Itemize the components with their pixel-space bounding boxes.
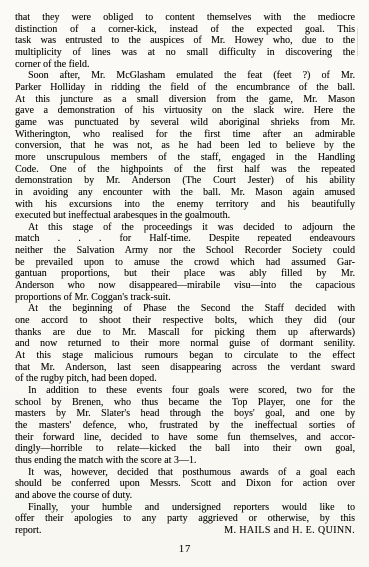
text-line: corner of the field. [15,59,355,71]
text-line: school by Brenen, who thus became the To… [15,397,355,409]
text-line: in avoiding any encounter with the ball.… [15,187,355,199]
text-line: the masters' defence, who, frustrated by… [15,420,355,432]
text-line: conversion, that he was not, as he had b… [15,140,355,152]
text-line: executed but ineffectual arabesques in t… [15,210,355,222]
text-line: thanks are due to Mr. Mascall for pickin… [15,327,355,339]
text-line: match . . . for Half-time. Despite repea… [15,233,355,245]
closing-line: report. M. HAILS and H. E. QUINN. [15,525,355,537]
text-line: At the beginning of Phase the Second the… [15,303,355,315]
text-line: Soon after, Mr. McGlasham emulated the f… [15,70,355,82]
text-line: neither the Salvation Army nor the Schoo… [15,245,355,257]
text-line: task was entrusted to the auspices of Mr… [15,35,355,47]
text-line: gave a demonstration of his virtuosity o… [15,105,355,117]
text-line: thus ending the match with the score at … [15,455,355,467]
text-line: In addition to these events four goals w… [15,385,355,397]
text-line: gantuan proportions, but their place was… [15,268,355,280]
closing-word: report. [15,525,41,537]
text-line: their forward line, decided to have some… [15,432,355,444]
text-line: Finally, your humble and undersigned rep… [15,502,355,514]
text-line: Code. One of the highpoints of the first… [15,164,355,176]
text-line: one accord to shoot their respective bol… [15,315,355,327]
text-line: demonstration by Mr. Anderson (The Court… [15,175,355,187]
document-page: that they were obliged to content themse… [0,0,369,567]
page-number: 17 [15,544,355,555]
paragraph: At this stage of the proceedings it was … [15,222,355,304]
text-line: It was, however, decided that posthumous… [15,467,355,479]
text-line: Parker Holliday in ridding the field of … [15,82,355,94]
paragraph: Finally, your humble and undersigned rep… [15,502,355,525]
text-line: game was punctuated by several wild abor… [15,117,355,129]
text-line: Witherington, who realised for the first… [15,129,355,141]
text-line: Anderson who now disappeared—mirabile vi… [15,280,355,292]
text-line: that they were obliged to content themse… [15,12,355,24]
text-line: proportions of Mr. Coggan's track-suit. [15,292,355,304]
paragraph: It was, however, decided that posthumous… [15,467,355,502]
text-line: masters by Mr. Slater's head through the… [15,408,355,420]
text-block: that they were obliged to content themse… [15,12,355,537]
text-line: multiplicity of lines was at no small di… [15,47,355,59]
text-line: and above the course of duty. [15,490,355,502]
text-line: and now returned to their more normal gu… [15,338,355,350]
signature: M. HAILS and H. E. QUINN. [224,525,355,537]
paragraph: At the beginning of Phase the Second the… [15,303,355,385]
text-line: At this stage of the proceedings it was … [15,222,355,234]
paragraph: In addition to these events four goals w… [15,385,355,467]
text-line: At this stage malicious rumours began to… [15,350,355,362]
scan-artifact [357,28,358,56]
text-line: At this juncture as a small diversion fr… [15,94,355,106]
text-line: that Mr. Anderson, last seen disappearin… [15,362,355,374]
text-line: offer their apologies to any party aggri… [15,513,355,525]
text-line: be prevailed upon to amuse the crowd whi… [15,257,355,269]
text-line: of the rugby pitch, had been doped. [15,373,355,385]
text-line: more unscrupulous members of the staff, … [15,152,355,164]
text-line: should be conferred upon Messrs. Scott a… [15,478,355,490]
text-line: dingly—horrible to relate—kicked the bal… [15,443,355,455]
text-line: distinction of a corner-kick, instead of… [15,24,355,36]
paragraph: Soon after, Mr. McGlasham emulated the f… [15,70,355,222]
paragraph: that they were obliged to content themse… [15,12,355,70]
text-line: with his excursions into the enemy terri… [15,199,355,211]
paragraphs-container: that they were obliged to content themse… [15,12,355,525]
